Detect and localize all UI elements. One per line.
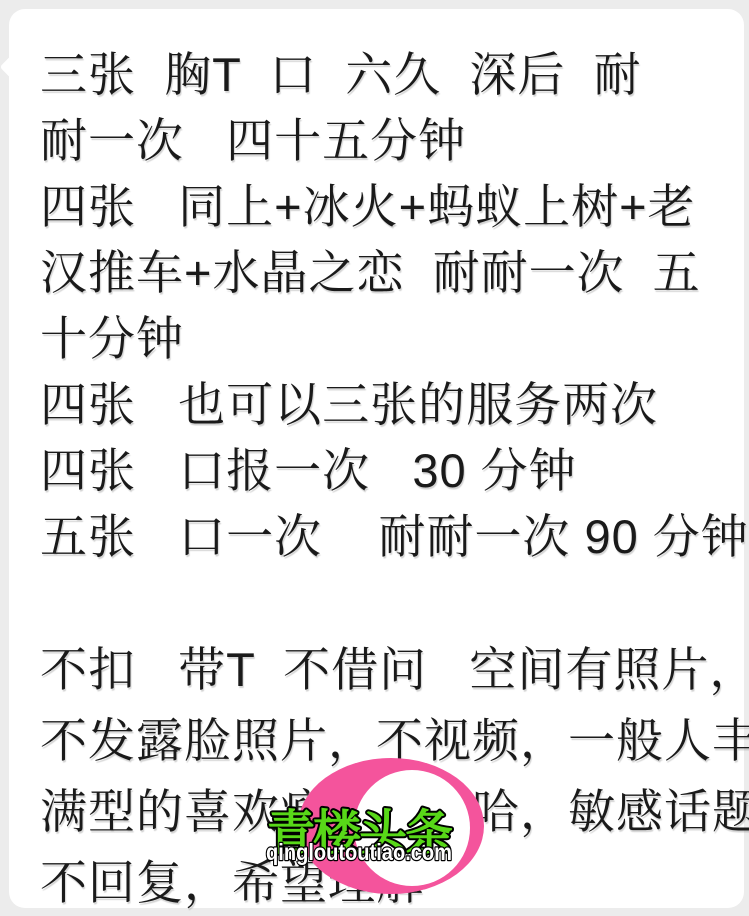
paragraph: 三张 胸T 口 六久 深后 耐耐一次 四十五分钟 <box>40 42 730 174</box>
paragraph: 四张 口报一次 30 分钟 <box>40 438 730 504</box>
message-line: 满型的喜欢瘦的勿扰哈，敏感话题 <box>40 776 730 847</box>
paragraph: 五张 口一次 耐耐一次 90 分钟 <box>40 504 730 570</box>
message-line: 四张 口报一次 30 分钟 <box>40 438 730 504</box>
chat-screenshot: 三张 胸T 口 六久 深后 耐耐一次 四十五分钟四张 同上+冰火+蚂蚁上树+老汉… <box>0 0 749 916</box>
message-line: 不扣 带T 不借问 空间有照片， <box>40 634 730 705</box>
paragraph: 四张 同上+冰火+蚂蚁上树+老汉推车+水晶之恋 耐耐一次 五十分钟 <box>40 174 730 372</box>
message-line: 汉推车+水晶之恋 耐耐一次 五 <box>40 240 730 306</box>
message-line: 三张 胸T 口 六久 深后 耐 <box>40 42 730 108</box>
message-line: 不发露脸照片，不视频，一般人丰 <box>40 705 730 776</box>
paragraph: 四张 也可以三张的服务两次 <box>40 372 730 438</box>
blank-line <box>40 570 730 634</box>
message-line: 耐一次 四十五分钟 <box>40 108 730 174</box>
paragraph: 不扣 带T 不借问 空间有照片，不发露脸照片，不视频，一般人丰满型的喜欢瘦的勿扰… <box>40 634 730 916</box>
price-list-block: 三张 胸T 口 六久 深后 耐耐一次 四十五分钟四张 同上+冰火+蚂蚁上树+老汉… <box>40 42 730 570</box>
message-line: 四张 也可以三张的服务两次 <box>40 372 730 438</box>
bubble-tail <box>0 56 22 79</box>
message-line: 五张 口一次 耐耐一次 90 分钟 <box>40 504 730 570</box>
message-line: 十分钟 <box>40 306 730 372</box>
message-text: 三张 胸T 口 六久 深后 耐耐一次 四十五分钟四张 同上+冰火+蚂蚁上树+老汉… <box>40 42 730 916</box>
message-line: 四张 同上+冰火+蚂蚁上树+老 <box>40 174 730 240</box>
message-bubble: 三张 胸T 口 六久 深后 耐耐一次 四十五分钟四张 同上+冰火+蚂蚁上树+老汉… <box>9 9 744 908</box>
message-line: 不回复，希望理解 <box>40 847 730 916</box>
notes-block: 不扣 带T 不借问 空间有照片，不发露脸照片，不视频，一般人丰满型的喜欢瘦的勿扰… <box>40 634 730 916</box>
